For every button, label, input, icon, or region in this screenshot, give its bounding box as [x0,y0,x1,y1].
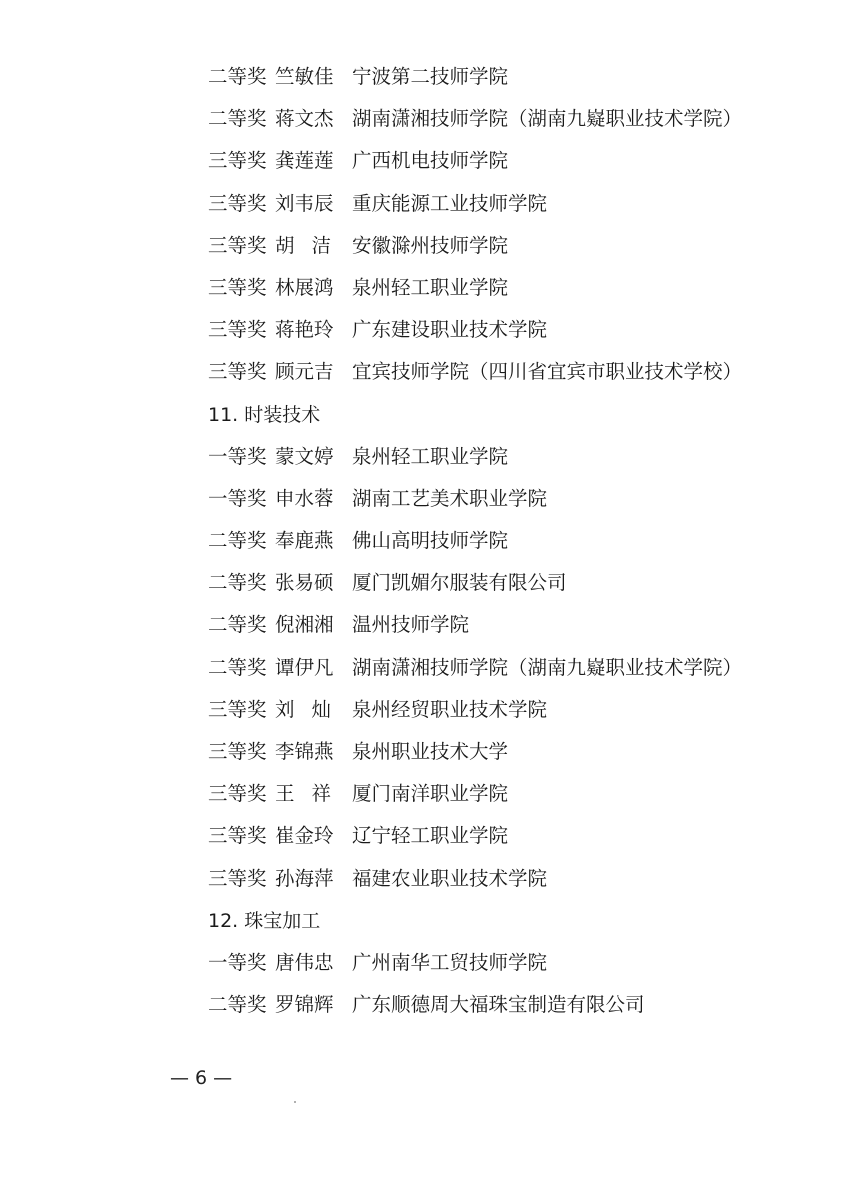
institution: 重庆能源工业技师学院 [352,183,547,225]
award-entry: 二等奖奉鹿燕佛山高明技师学院 [208,520,768,562]
winner-name: 刘韦辰 [275,183,331,225]
section-heading: 12. 珠宝加工 [208,900,768,942]
institution: 湖南潇湘技师学院（湖南九嶷职业技术学院） [352,98,742,140]
scan-speck [294,1101,296,1103]
winner-name: 胡洁 [275,225,331,267]
award-level: 三等奖 [208,225,267,267]
winner-name-part: 灿 [311,689,331,731]
award-level: 三等奖 [208,689,267,731]
winner-name-part: 洁 [311,225,331,267]
award-entry: 三等奖顾元吉宜宾技师学院（四川省宜宾市职业技术学校） [208,351,768,393]
section-heading: 11. 时装技术 [208,394,768,436]
winner-name: 奉鹿燕 [275,520,331,562]
award-entry: 三等奖胡洁安徽滁州技师学院 [208,225,768,267]
award-level: 三等奖 [208,140,267,182]
award-level: 三等奖 [208,731,267,773]
winner-name-part: 刘 [275,689,295,731]
institution: 广东顺德周大福珠宝制造有限公司 [352,984,645,1026]
winner-name: 龚莲莲 [275,140,331,182]
institution: 广西机电技师学院 [352,140,508,182]
institution: 广东建设职业技术学院 [352,309,547,351]
institution: 厦门凯媚尔服装有限公司 [352,562,567,604]
winner-name: 刘灿 [275,689,331,731]
institution: 宁波第二技师学院 [352,56,508,98]
award-level: 二等奖 [208,562,267,604]
award-entry: 三等奖蒋艳玲广东建设职业技术学院 [208,309,768,351]
winner-name: 倪湘湘 [275,604,331,646]
award-level: 三等奖 [208,183,267,225]
winner-name: 蒙文婷 [275,436,331,478]
winner-name: 顾元吉 [275,351,331,393]
winner-name: 崔金玲 [275,815,331,857]
winner-name: 李锦燕 [275,731,331,773]
award-entry: 二等奖谭伊凡湖南潇湘技师学院（湖南九嶷职业技术学院） [208,647,768,689]
award-entry: 三等奖刘灿泉州经贸职业技术学院 [208,689,768,731]
award-entry: 三等奖刘韦辰重庆能源工业技师学院 [208,183,768,225]
institution: 泉州轻工职业学院 [352,436,508,478]
award-entry: 三等奖孙海萍福建农业职业技术学院 [208,858,768,900]
award-entry: 一等奖唐伟忠广州南华工贸技师学院 [208,942,768,984]
page-number: — 6 — [170,1066,232,1090]
winner-name-part: 祥 [311,773,331,815]
award-level: 一等奖 [208,478,267,520]
winner-name-part: 胡 [275,225,295,267]
award-entry: 三等奖李锦燕泉州职业技术大学 [208,731,768,773]
award-entry: 一等奖申水蓉湖南工艺美术职业学院 [208,478,768,520]
institution: 湖南工艺美术职业学院 [352,478,547,520]
award-level: 二等奖 [208,604,267,646]
award-entry: 三等奖龚莲莲广西机电技师学院 [208,140,768,182]
institution: 泉州经贸职业技术学院 [352,689,547,731]
winner-name: 孙海萍 [275,858,331,900]
award-entry: 三等奖崔金玲辽宁轻工职业学院 [208,815,768,857]
award-entry: 三等奖林展鸿泉州轻工职业学院 [208,267,768,309]
award-entry: 二等奖蒋文杰湖南潇湘技师学院（湖南九嶷职业技术学院） [208,98,768,140]
institution: 厦门南洋职业学院 [352,773,508,815]
award-level: 二等奖 [208,56,267,98]
winner-name: 蒋文杰 [275,98,331,140]
winner-name: 蒋艳玲 [275,309,331,351]
institution: 广州南华工贸技师学院 [352,942,547,984]
award-entry: 二等奖倪湘湘温州技师学院 [208,604,768,646]
award-level: 一等奖 [208,942,267,984]
award-level: 一等奖 [208,436,267,478]
winner-name-part: 王 [275,773,295,815]
award-entry: 二等奖张易硕厦门凯媚尔服装有限公司 [208,562,768,604]
award-level: 三等奖 [208,773,267,815]
institution: 宜宾技师学院（四川省宜宾市职业技术学校） [352,351,742,393]
institution: 泉州轻工职业学院 [352,267,508,309]
winner-name: 罗锦辉 [275,984,331,1026]
award-level: 三等奖 [208,815,267,857]
institution: 湖南潇湘技师学院（湖南九嶷职业技术学院） [352,647,742,689]
winner-name: 王祥 [275,773,331,815]
institution: 泉州职业技术大学 [352,731,508,773]
document-page: 二等奖竺敏佳宁波第二技师学院二等奖蒋文杰湖南潇湘技师学院（湖南九嶷职业技术学院）… [0,0,848,1200]
institution: 辽宁轻工职业学院 [352,815,508,857]
winner-name: 竺敏佳 [275,56,331,98]
winner-name: 申水蓉 [275,478,331,520]
award-entry: 二等奖罗锦辉广东顺德周大福珠宝制造有限公司 [208,984,768,1026]
winner-name: 张易硕 [275,562,331,604]
institution: 温州技师学院 [352,604,469,646]
institution: 福建农业职业技术学院 [352,858,547,900]
award-level: 二等奖 [208,520,267,562]
award-level: 二等奖 [208,647,267,689]
award-level: 三等奖 [208,267,267,309]
award-level: 三等奖 [208,858,267,900]
award-entry: 三等奖王祥厦门南洋职业学院 [208,773,768,815]
institution: 安徽滁州技师学院 [352,225,508,267]
award-list: 二等奖竺敏佳宁波第二技师学院二等奖蒋文杰湖南潇湘技师学院（湖南九嶷职业技术学院）… [208,56,768,1026]
award-level: 三等奖 [208,309,267,351]
award-entry: 二等奖竺敏佳宁波第二技师学院 [208,56,768,98]
award-entry: 一等奖蒙文婷泉州轻工职业学院 [208,436,768,478]
award-level: 二等奖 [208,98,267,140]
institution: 佛山高明技师学院 [352,520,508,562]
winner-name: 谭伊凡 [275,647,331,689]
winner-name: 林展鸿 [275,267,331,309]
award-level: 二等奖 [208,984,267,1026]
winner-name: 唐伟忠 [275,942,331,984]
award-level: 三等奖 [208,351,267,393]
